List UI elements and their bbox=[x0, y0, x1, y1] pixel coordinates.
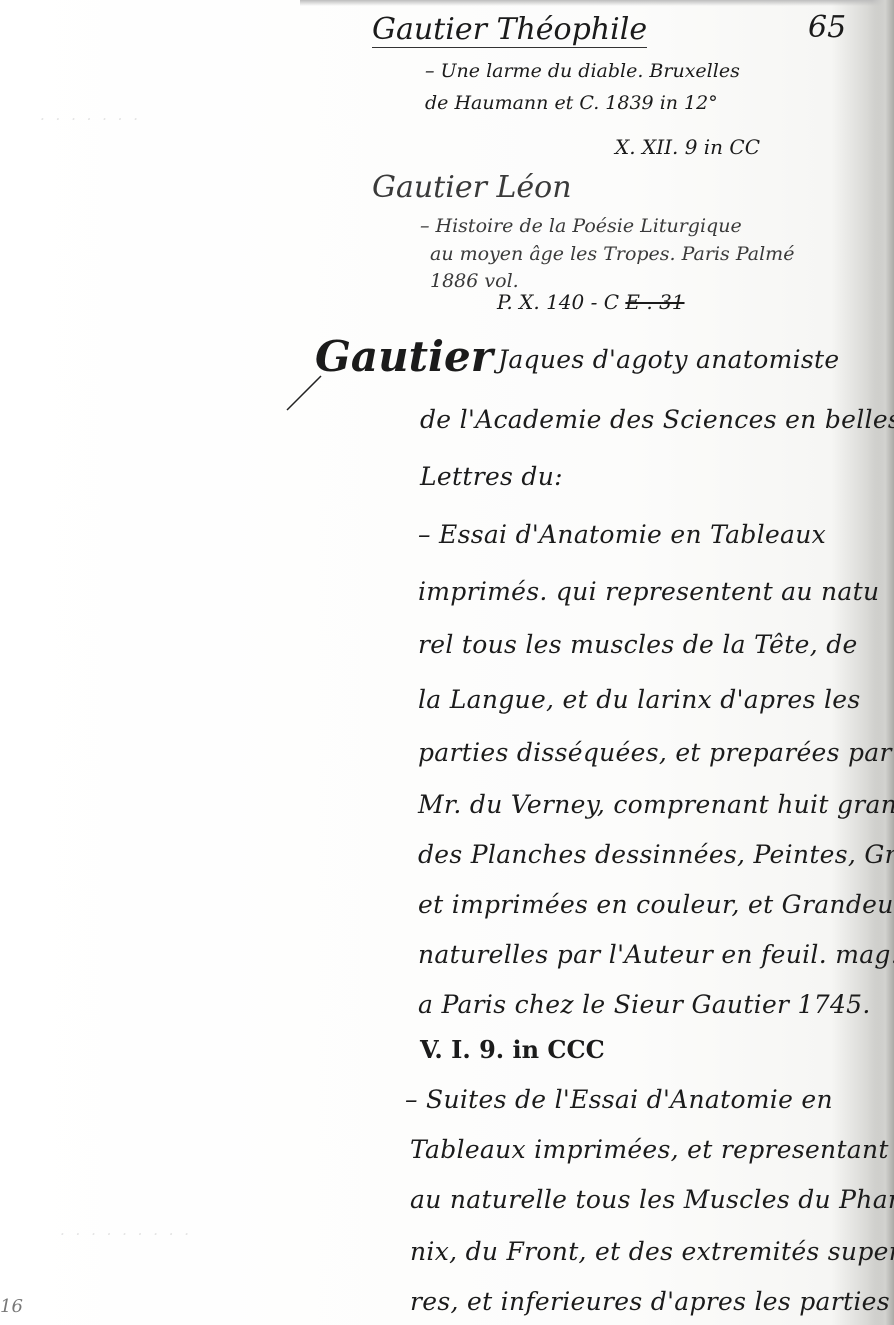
entry-line: et imprimées en couleur, et Grandeur bbox=[418, 890, 894, 919]
entry-line: Mr. du Verney, comprenant huit gran bbox=[418, 790, 894, 819]
page-number: 65 bbox=[808, 10, 846, 45]
entry-line: imprimés. qui representent au natu bbox=[418, 577, 879, 606]
entry-line: de l'Academie des Sciences en belles bbox=[420, 405, 894, 434]
entry-line: Tableaux imprimées, et representant bbox=[410, 1135, 889, 1164]
entry-heading-jaques: Gautier bbox=[315, 332, 493, 381]
entry-line: naturelles par l'Auteur en feuil. mag. bbox=[418, 940, 894, 969]
entry-heading-rest: Jaques d'agoty anatomiste bbox=[498, 345, 839, 374]
entry-line: des Planches dessinnées, Peintes, Gravée… bbox=[418, 840, 894, 869]
shelfmark: X. XII. 9 in CC bbox=[615, 135, 760, 159]
entry-line: – Suites de l'Essai d'Anatomie en bbox=[405, 1085, 833, 1114]
entry-line: a Paris chez le Sieur Gautier 1745. bbox=[418, 990, 871, 1019]
shelfmark-struck: E . 31 bbox=[625, 290, 684, 314]
entry-line: au moyen âge les Tropes. Paris Palmé bbox=[430, 243, 794, 265]
entry-line: – Une larme du diable. Bruxelles bbox=[425, 60, 740, 82]
entry-line: Lettres du: bbox=[420, 462, 563, 491]
bleed-through-text: · · · · · · · · · bbox=[60, 1225, 192, 1243]
shelfmark-value: P. X. 140 - C bbox=[497, 290, 619, 314]
entry-line: de Haumann et C. 1839 in 12° bbox=[425, 92, 718, 114]
entry-heading-leon: Gautier Léon bbox=[372, 170, 572, 205]
shelfmark: V. I. 9. in CCC bbox=[420, 1035, 605, 1064]
entry-line: rel tous les muscles de la Tête, de bbox=[418, 630, 858, 659]
entry-line: nix, du Front, et des extremités superie… bbox=[410, 1237, 894, 1266]
entry-line: – Essai d'Anatomie en Tableaux bbox=[418, 520, 826, 549]
page-binding-edge bbox=[872, 0, 894, 1325]
entry-line: 1886 vol. bbox=[430, 270, 519, 292]
bleed-through-text: · · · · · · · bbox=[40, 110, 141, 128]
entry-line: au naturelle tous les Muscles du Phar bbox=[410, 1185, 894, 1214]
entry-line: res, et inferieures d'apres les parties bbox=[410, 1287, 890, 1316]
margin-folio-number: 16 bbox=[0, 1296, 23, 1317]
shelfmark: P. X. 140 - C E . 31 bbox=[497, 290, 685, 314]
entry-line: parties disséquées, et preparées par bbox=[418, 738, 892, 767]
page-top-shadow bbox=[300, 0, 894, 6]
entry-heading-theophile: Gautier Théophile bbox=[372, 12, 647, 48]
manuscript-page: · · · · · · · · · · · · · · · · 16 Gauti… bbox=[0, 0, 894, 1325]
entry-line: – Histoire de la Poésie Liturgique bbox=[420, 215, 742, 237]
entry-line: la Langue, et du larinx d'apres les bbox=[418, 685, 861, 714]
